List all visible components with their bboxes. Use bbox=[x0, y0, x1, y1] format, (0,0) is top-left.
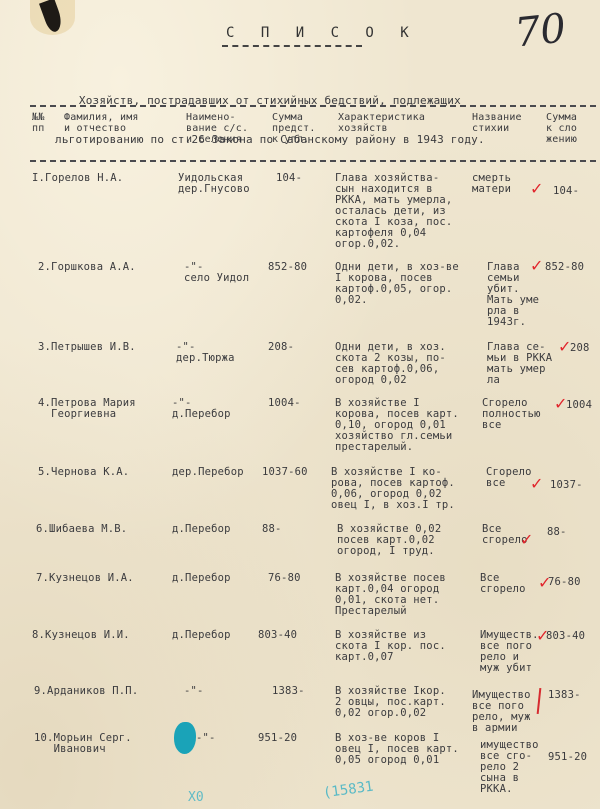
row-place: д.Перебор bbox=[172, 573, 231, 584]
row-place: -"- дер.Тюржа bbox=[176, 342, 235, 364]
row-sum-due: 208- bbox=[268, 342, 294, 353]
row-name: 2.Горшкова А.А. bbox=[38, 262, 136, 273]
row-disaster: Имущество все пого рело, муж в армии bbox=[472, 690, 531, 734]
row-sum-due: 1004- bbox=[268, 398, 301, 409]
row-place: -"- bbox=[196, 733, 216, 744]
document-title: С П И С О К bbox=[226, 28, 418, 39]
header-sum-due: Сумма предст. к упл. bbox=[272, 112, 316, 145]
row-description: Глава хозяйства- сын находится в РККА, м… bbox=[335, 173, 452, 250]
red-pencil-mark bbox=[537, 688, 542, 714]
row-description: В хозяйстве I корова, посев карт. 0,10, … bbox=[335, 398, 459, 453]
row-disaster: Сгорело полностью все bbox=[482, 398, 541, 431]
row-disaster: Все сгорело bbox=[480, 573, 526, 595]
row-sum-due: 1383- bbox=[272, 686, 305, 697]
row-disaster: Глава се- мьи в РККА мать умер ла bbox=[487, 342, 552, 386]
row-sum-deferred: 208 bbox=[570, 343, 590, 354]
row-sum-deferred: 852-80 bbox=[545, 262, 584, 273]
header-sum-deferred: Сумма к сло жению bbox=[546, 112, 577, 145]
header-name: Фамилия, имя и отчество bbox=[64, 112, 139, 134]
row-description: В хозяйстве I ко- рова, посев картоф. 0,… bbox=[331, 467, 455, 511]
header-place: Наимено- вание с/с. и селения bbox=[186, 112, 248, 145]
archive-stamp: (15831 bbox=[322, 779, 374, 802]
row-description: В хозяйстве посев карт.0,04 огород 0,01,… bbox=[335, 573, 446, 617]
row-disaster: смерть матери bbox=[472, 173, 511, 195]
folio-number: 70 bbox=[513, 5, 568, 56]
row-sum-due: 803-40 bbox=[258, 630, 297, 641]
header-disaster: Название стихии bbox=[472, 112, 522, 134]
row-place: -"- bbox=[184, 686, 204, 697]
row-sum-deferred: 104- bbox=[553, 186, 579, 197]
row-name: 10.Морьин Серг. Иванович bbox=[34, 733, 132, 755]
row-place: -"- д.Перебор bbox=[172, 398, 231, 420]
title-underline bbox=[222, 45, 362, 47]
row-name: 9.Ардаников П.П. bbox=[34, 686, 138, 697]
check-mark-icon: ✓ bbox=[530, 258, 543, 274]
row-sum-deferred: 803-40 bbox=[546, 631, 585, 642]
archive-stamp-fragment: Х0 bbox=[188, 790, 204, 805]
row-name: 4.Петрова Мария Георгиевна bbox=[38, 398, 136, 420]
row-description: В хозяйстве из скота I кор. пос. карт.0,… bbox=[335, 630, 446, 663]
check-mark-icon: ✓ bbox=[530, 181, 543, 197]
row-sum-due: 76-80 bbox=[268, 573, 301, 584]
subtitle-line-2: льготированию по ст.26 Закона по Сабанск… bbox=[55, 133, 485, 146]
row-description: В хозяйстве Iкор. 2 овцы, пос.карт. 0,02… bbox=[335, 686, 446, 719]
header-description: Характеристика хозяйств bbox=[338, 112, 425, 134]
row-sum-due: 88- bbox=[262, 524, 282, 535]
ink-blot bbox=[174, 722, 196, 754]
row-name: 5.Чернова К.А. bbox=[38, 467, 129, 478]
row-place: -"- село Уидол bbox=[184, 262, 249, 284]
row-name: 8.Кузнецов И.И. bbox=[32, 630, 130, 641]
row-name: 7.Кузнецов И.А. bbox=[36, 573, 134, 584]
row-name: 3.Петрышев И.В. bbox=[38, 342, 136, 353]
row-place: д.Перебор bbox=[172, 524, 231, 535]
row-sum-deferred: 76-80 bbox=[548, 577, 581, 588]
header-bottom-rule bbox=[30, 160, 596, 162]
row-place: Уидольская дер.Гнусово bbox=[178, 173, 250, 195]
row-sum-deferred: 951-20 bbox=[548, 752, 587, 763]
row-disaster: Имуществ. все пого рело и муж убит bbox=[480, 630, 539, 674]
row-sum-deferred: 1037- bbox=[550, 480, 583, 491]
header-top-rule bbox=[30, 105, 596, 107]
row-place: дер.Перебор bbox=[172, 467, 244, 478]
row-name: 6.Шибаева М.В. bbox=[36, 524, 127, 535]
header-num: №№ пп bbox=[32, 112, 44, 134]
row-place: д.Перебор bbox=[172, 630, 231, 641]
row-description: В хозяйстве 0,02 посев карт.0,02 огород,… bbox=[337, 524, 441, 557]
row-sum-deferred: 88- bbox=[547, 527, 567, 538]
row-description: Одни дети, в хоз. скота 2 козы, по- сев … bbox=[335, 342, 446, 386]
row-sum-due: 1037-60 bbox=[262, 467, 308, 478]
row-sum-due: 852-80 bbox=[268, 262, 307, 273]
check-mark-icon: ✓ bbox=[520, 532, 533, 548]
row-sum-deferred: 1383- bbox=[548, 690, 581, 701]
row-description: В хоз-ве коров I овец I, посев карт. 0,0… bbox=[335, 733, 459, 766]
check-mark-icon: ✓ bbox=[530, 476, 543, 492]
row-sum-deferred: 1004 bbox=[566, 400, 592, 411]
row-name: I.Горелов Н.А. bbox=[32, 173, 123, 184]
row-description: Одни дети, в хоз-ве I корова, посев карт… bbox=[335, 262, 459, 306]
document-page: 70 С П И С О К Хозяйств, пострадавших от… bbox=[0, 0, 600, 809]
row-disaster: имущество все сго- рело 2 сына в РККА. bbox=[480, 740, 539, 795]
row-disaster: Сгорело все bbox=[486, 467, 532, 489]
row-sum-due: 104- bbox=[276, 173, 302, 184]
row-sum-due: 951-20 bbox=[258, 733, 297, 744]
